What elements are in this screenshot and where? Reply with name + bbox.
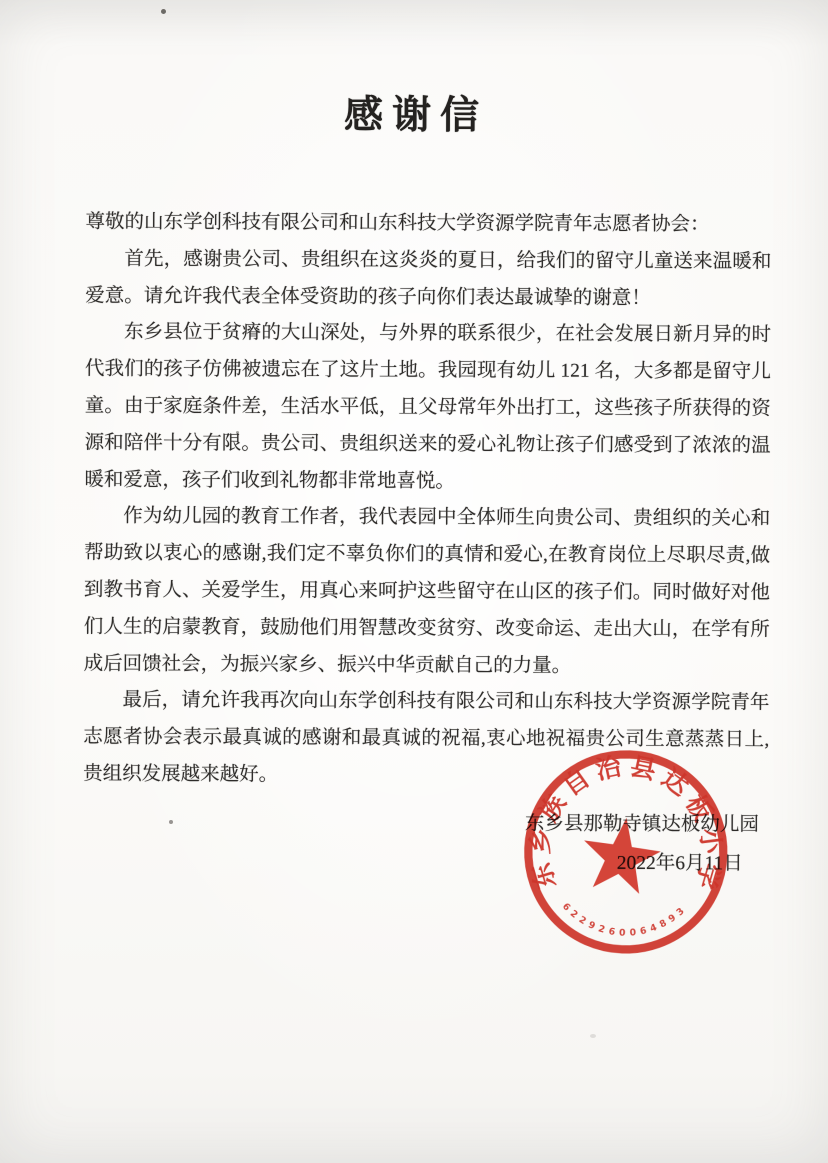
- seal-serial-number: 6229260064893: [559, 901, 687, 941]
- salutation: 尊敬的山东学创科技有限公司和山东科技大学资源学院青年志愿者协会：: [85, 205, 771, 245]
- scanned-page: 感谢信 尊敬的山东学创科技有限公司和山东科技大学资源学院青年志愿者协会： 首先，…: [0, 0, 828, 1163]
- signature-organization: 东乡县那勒寺镇达板幼儿园: [83, 803, 769, 845]
- paragraph: 首先，感谢贵公司、贵组织在这炎炎的夏日，给我们的留守儿童送来温暖和爱意。请允许我…: [85, 241, 771, 318]
- letter-title: 感谢信: [2, 82, 828, 142]
- signature-block: 东乡县那勒寺镇达板幼儿园 2022年6月11日: [83, 803, 769, 884]
- signature-date: 2022年6月11日: [83, 842, 769, 884]
- paragraph: 作为幼儿园的教育工作者，我代表园中全体师生向贵公司、贵组织的关心和帮助致以衷心的…: [84, 499, 771, 686]
- paragraph: 最后，请允许我再次向山东学创科技有限公司和山东科技大学资源学院青年志愿者协会表示…: [83, 683, 769, 796]
- paragraph: 东乡县位于贫瘠的大山深处，与外界的联系很少，在社会发展日新月异的时代我们的孩子仿…: [84, 315, 771, 502]
- letter-body: 尊敬的山东学创科技有限公司和山东科技大学资源学院青年志愿者协会： 首先，感谢贵公…: [83, 205, 772, 797]
- thank-you-letter: 感谢信 尊敬的山东学创科技有限公司和山东科技大学资源学院青年志愿者协会： 首先，…: [0, 0, 828, 1163]
